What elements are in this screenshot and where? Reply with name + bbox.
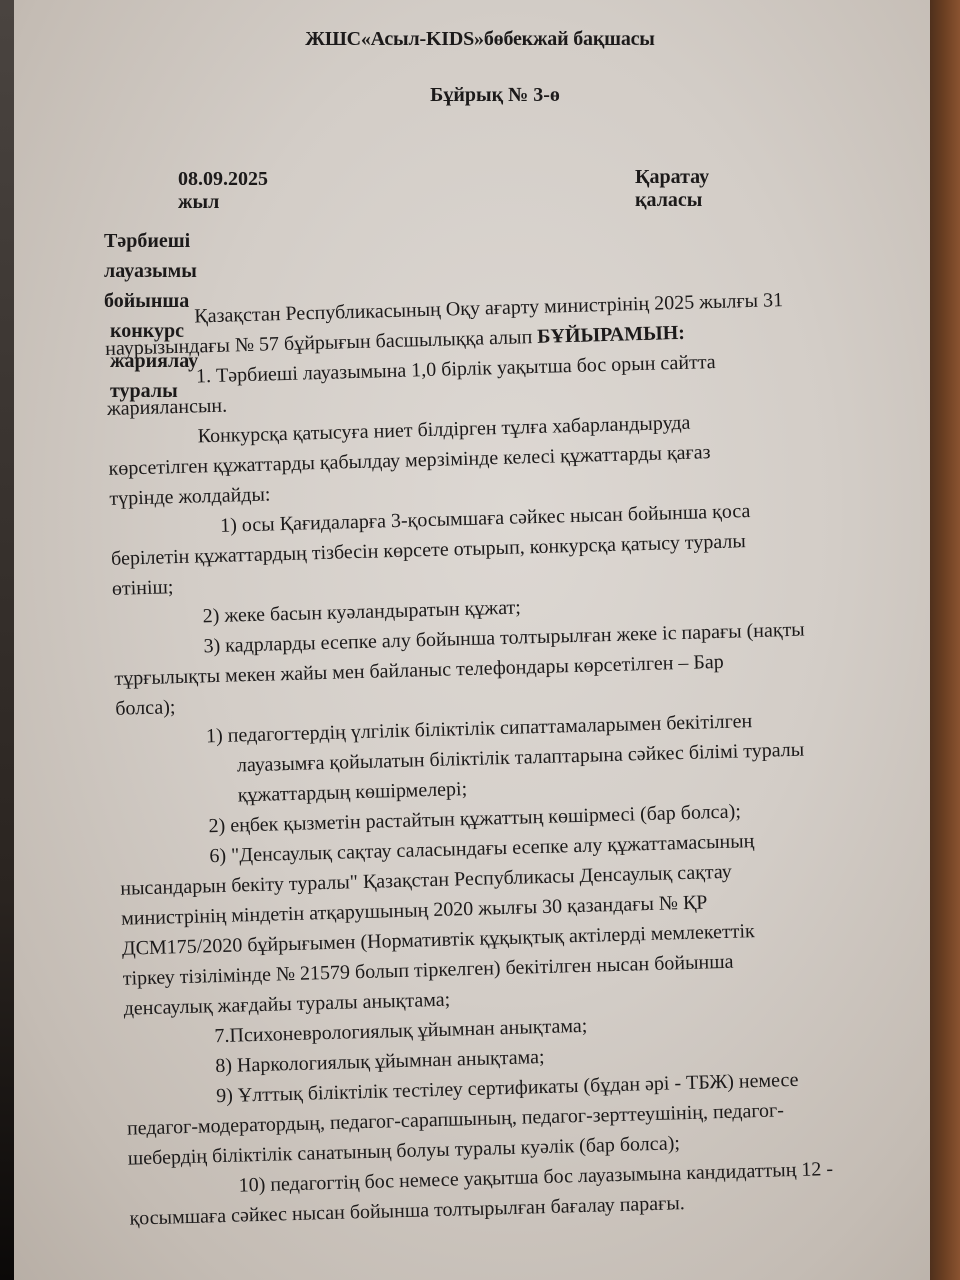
organization-name: ЖШС«Асыл-KIDS»бөбекжай бақшасы bbox=[0, 28, 960, 51]
order-title: Бұйрық № 3-ө bbox=[0, 84, 960, 107]
photo-shadow-edge bbox=[0, 0, 14, 1280]
order-body: Қазақстан Республикасының Оқу ағарту мин… bbox=[104, 282, 920, 1234]
paper-sheet: ЖШС«Асыл-KIDS»бөбекжай бақшасы Бұйрық № … bbox=[0, 0, 930, 1280]
document-photo: ЖШС«Асыл-KIDS»бөбекжай бақшасы Бұйрық № … bbox=[0, 0, 960, 1280]
order-directive: БҰЙЫРАМЫН: bbox=[537, 322, 685, 348]
order-city: Қаратау қаласы bbox=[635, 166, 709, 212]
order-date: 08.09.2025 жыл bbox=[178, 168, 268, 214]
